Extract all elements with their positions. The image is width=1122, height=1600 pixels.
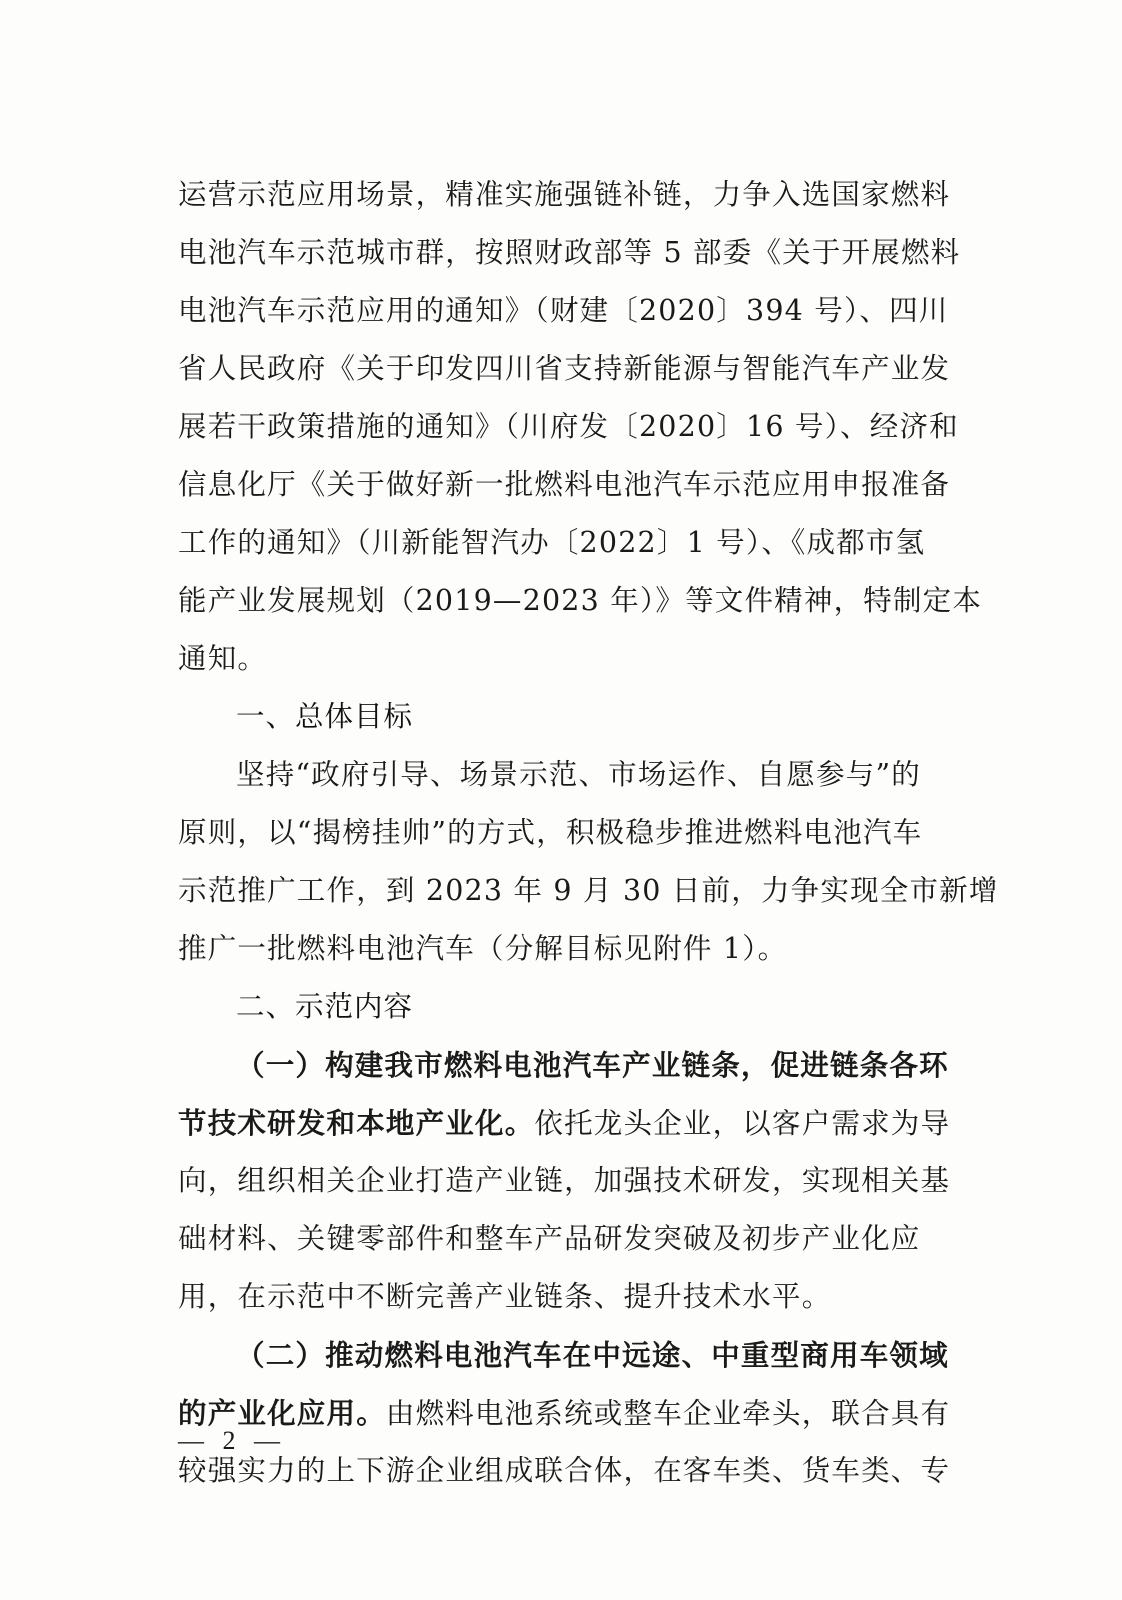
text-line: 工作的通知》（川新能智汽办〔2022〕1 号）、《成都市氢 (178, 514, 920, 572)
intro-paragraph: 运营示范应用场景，精准实施强链补链，力争入选国家燃料 电池汽车示范城市群，按照财… (178, 166, 920, 688)
subheading-line: （一）构建我市燃料电池汽车产业链条，促进链条各环 (178, 1036, 920, 1094)
text-line: 础材料、关键零部件和整车产品研发突破及初步产业化应 (178, 1210, 920, 1268)
document-page: 运营示范应用场景，精准实施强链补链，力争入选国家燃料 电池汽车示范城市群，按照财… (178, 166, 920, 1500)
text-line: 电池汽车示范应用的通知》（财建〔2020〕394 号）、四川 (178, 282, 920, 340)
demo-item-1-paragraph: （一）构建我市燃料电池汽车产业链条，促进链条各环 节技术研发和本地产业化。依托龙… (178, 1036, 920, 1326)
text-line: 坚持“政府引导、场景示范、市场运作、自愿参与”的 (178, 746, 920, 804)
text-line: 用，在示范中不断完善产业链条、提升技术水平。 (178, 1268, 920, 1326)
text-line: 通知。 (178, 630, 920, 688)
text-line: 电池汽车示范城市群，按照财政部等 5 部委《关于开展燃料 (178, 224, 920, 282)
text-line: 信息化厅《关于做好新一批燃料电池汽车示范应用申报准备 (178, 456, 920, 514)
section-heading-overall-goal: 一、总体目标 (178, 688, 920, 746)
demo-item-2-paragraph: （二）推动燃料电池汽车在中远途、中重型商用车领域 的产业化应用。由燃料电池系统或… (178, 1326, 920, 1500)
text-span: 由燃料电池系统或整车企业牵头，联合具有 (386, 1397, 950, 1430)
text-line: 的产业化应用。由燃料电池系统或整车企业牵头，联合具有 (178, 1384, 920, 1442)
text-line: 能产业发展规划（2019—2023 年）》等文件精神，特制定本 (178, 572, 920, 630)
subheading-lead: 的产业化应用。 (178, 1396, 386, 1430)
text-line: 原则，以“揭榜挂帅”的方式，积极稳步推进燃料电池汽车 (178, 804, 920, 862)
text-line: 向，组织相关企业打造产业链，加强技术研发，实现相关基 (178, 1152, 920, 1210)
subheading-lead: 节技术研发和本地产业化。 (178, 1106, 534, 1140)
text-line: 省人民政府《关于印发四川省支持新能源与智能汽车产业发 (178, 340, 920, 398)
overall-goal-paragraph: 坚持“政府引导、场景示范、市场运作、自愿参与”的 原则，以“揭榜挂帅”的方式，积… (178, 746, 920, 978)
text-line: 运营示范应用场景，精准实施强链补链，力争入选国家燃料 (178, 166, 920, 224)
page-number: — 2 — (178, 1426, 286, 1456)
text-line: 示范推广工作，到 2023 年 9 月 30 日前，力争实现全市新增 (178, 862, 920, 920)
text-span: 依托龙头企业，以客户需求为导 (534, 1107, 950, 1140)
subheading-line: （二）推动燃料电池汽车在中远途、中重型商用车领域 (178, 1326, 920, 1384)
text-line: 较强实力的上下游企业组成联合体，在客车类、货车类、专 (178, 1442, 920, 1500)
text-line: 节技术研发和本地产业化。依托龙头企业，以客户需求为导 (178, 1094, 920, 1152)
text-line: 展若干政策措施的通知》（川府发〔2020〕16 号）、经济和 (178, 398, 920, 456)
section-heading-demo-content: 二、示范内容 (178, 978, 920, 1036)
text-line: 推广一批燃料电池汽车（分解目标见附件 1）。 (178, 920, 920, 978)
